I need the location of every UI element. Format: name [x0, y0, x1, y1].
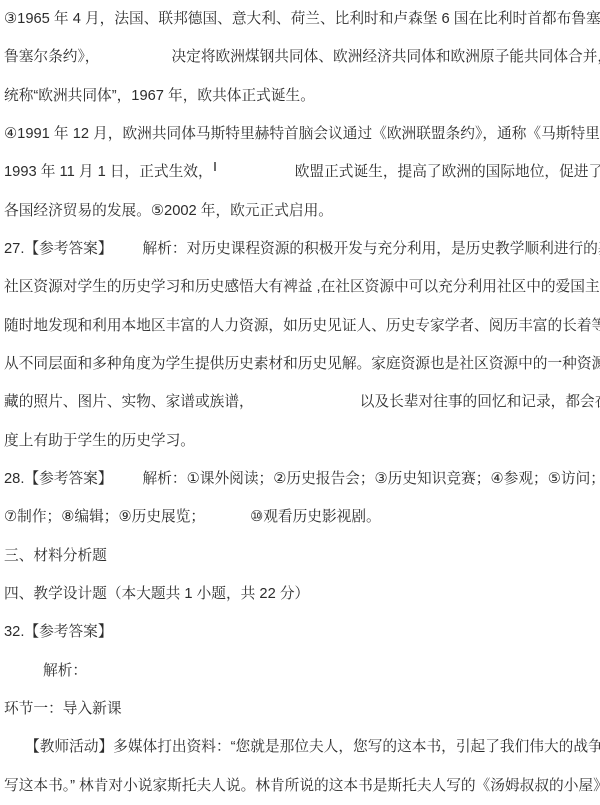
line-text: ⑦制作；⑧编辑；⑨历史展览；: [4, 509, 205, 525]
answer-27-line-4: 从不同层面和多种角度为学生提供历史素材和历史见解。家庭资源也是社区资源中的一种资…: [0, 345, 600, 383]
blank-gap: [217, 172, 295, 173]
section-heading-teaching-design: 四、教学设计题（本大题共 1 小题，共 22 分）: [0, 575, 600, 613]
answer-27-line-1: 27.【参考答案】解析：对历史课程资源的积极开发与充分利用，是历史教学顺利进行的…: [0, 230, 600, 268]
answer-28-label: 28.【参考答案】: [4, 471, 113, 487]
blank-gap: [254, 402, 360, 403]
para-eu-treaty-line-2: 1993 年 11 月 1 日，正式生效，欧盟正式诞生，提高了欧洲的国际地位，促…: [0, 153, 600, 191]
heading-text: 三、材料分析题: [4, 548, 107, 564]
para-eu-history-line-1: ③1965 年 4 月，法国、联邦德国、意大利、荷兰、比利时和卢森堡 6 国在比…: [0, 0, 600, 38]
line-text: 解析：: [43, 663, 87, 679]
para-eu-treaty-line-3: 各国经济贸易的发展。⑤2002 年，欧元正式启用。: [0, 192, 600, 230]
line-text: 【教师活动】多媒体打出资料：“您就是那位夫人，您写的这本书，引起了我们伟大的战争…: [25, 739, 600, 755]
teacher-activity-line-1: 【教师活动】多媒体打出资料：“您就是那位夫人，您写的这本书，引起了我们伟大的战争…: [0, 728, 600, 766]
section-heading-material-analysis: 三、材料分析题: [0, 537, 600, 575]
line-text: 藏的照片、图片、实物、家谱或族谱，: [4, 394, 254, 410]
line-text: 鲁塞尔条约》，: [4, 49, 99, 65]
answer-27-line-2: 社区资源对学生的历史学习和历史感悟大有裨益 ,在社区资源中可以充分利用社区中的爱…: [0, 268, 600, 306]
answer-28-line-2: ⑦制作；⑧编辑；⑨历史展览；⑩观看历史影视剧。: [0, 498, 600, 536]
document-page: ③1965 年 4 月，法国、联邦德国、意大利、荷兰、比利时和卢森堡 6 国在比…: [0, 0, 600, 805]
line-text: 1993 年 11 月 1 日，正式生效，: [4, 164, 213, 180]
line-text: 解析：①课外阅读；②历史报告会；③历史知识竞赛；④参观；⑤访问；⑥调查；: [143, 471, 600, 487]
answer-27-line-6: 度上有助于学生的历史学习。: [0, 422, 600, 460]
line-text: ④1991 年 12 月，欧洲共同体马斯特里赫特首脑会议通过《欧洲联盟条约》，通…: [4, 126, 600, 142]
line-text: 欧盟正式诞生，提高了欧洲的国际地位，促进了欧洲: [295, 164, 600, 180]
answer-27-line-5: 藏的照片、图片、实物、家谱或族谱，以及长辈对往事的回忆和记录，都会在不同程: [0, 383, 600, 421]
line-text: ③1965 年 4 月，法国、联邦德国、意大利、荷兰、比利时和卢森堡 6 国在比…: [4, 11, 600, 27]
answer-32-jiexi-line: 解析：: [0, 652, 600, 690]
heading-text: 四、教学设计题（本大题共 1 小题，共 22 分）: [4, 586, 309, 602]
teacher-activity-line-2: 写这本书。” 林肯对小说家斯托夫人说。林肯所说的这本书是斯托夫人写的《汤姆叔叔的…: [0, 767, 600, 805]
line-text: 统称“欧洲共同体”，1967 年，欧共体正式诞生。: [4, 88, 315, 104]
line-text: 解析：对历史课程资源的积极开发与充分利用，是历史教学顺利进行的基础条件。: [143, 241, 600, 257]
stray-tick-mark: [214, 162, 216, 171]
answer-27-line-3: 随时地发现和利用本地区丰富的人力资源，如历史见证人、历史专家学者、阅历丰富的长着…: [0, 307, 600, 345]
para-eu-history-line-2: 鲁塞尔条约》，决定将欧洲煤钢共同体、欧洲经济共同体和欧洲原子能共同体合并，: [0, 38, 600, 76]
line-text: 从不同层面和多种角度为学生提供历史素材和历史见解。家庭资源也是社区资源中的一种资…: [4, 356, 600, 372]
heading-text: 环节一：导入新课: [4, 701, 122, 717]
line-text: 写这本书。” 林肯对小说家斯托夫人说。林肯所说的这本书是斯托夫人写的《汤姆叔叔的…: [4, 778, 600, 794]
answer-32-label-line: 32.【参考答案】: [0, 613, 600, 651]
line-text: ⑩观看历史影视剧。: [250, 509, 381, 525]
line-text: 度上有助于学生的历史学习。: [4, 433, 195, 449]
lesson-step-1-heading: 环节一：导入新课: [0, 690, 600, 728]
line-text: 社区资源对学生的历史学习和历史感悟大有裨益 ,在社区资源中可以充分利用社区中的爱…: [4, 279, 600, 295]
line-text: 各国经济贸易的发展。⑤2002 年，欧元正式启用。: [4, 203, 333, 219]
para-eu-treaty-line-1: ④1991 年 12 月，欧洲共同体马斯特里赫特首脑会议通过《欧洲联盟条约》，通…: [0, 115, 600, 153]
blank-gap: [113, 249, 143, 250]
para-eu-history-line-3: 统称“欧洲共同体”，1967 年，欧共体正式诞生。: [0, 77, 600, 115]
answer-27-label: 27.【参考答案】: [4, 241, 113, 257]
line-text: 随时地发现和利用本地区丰富的人力资源，如历史见证人、历史专家学者、阅历丰富的长着…: [4, 318, 600, 334]
blank-gap: [113, 479, 143, 480]
line-text: 以及长辈对往事的回忆和记录，都会在不同程: [360, 394, 600, 410]
blank-gap: [99, 57, 171, 58]
answer-32-label: 32.【参考答案】: [4, 624, 113, 640]
answer-28-line-1: 28.【参考答案】解析：①课外阅读；②历史报告会；③历史知识竞赛；④参观；⑤访问…: [0, 460, 600, 498]
blank-gap: [205, 517, 250, 518]
line-text: 决定将欧洲煤钢共同体、欧洲经济共同体和欧洲原子能共同体合并，: [171, 49, 600, 65]
